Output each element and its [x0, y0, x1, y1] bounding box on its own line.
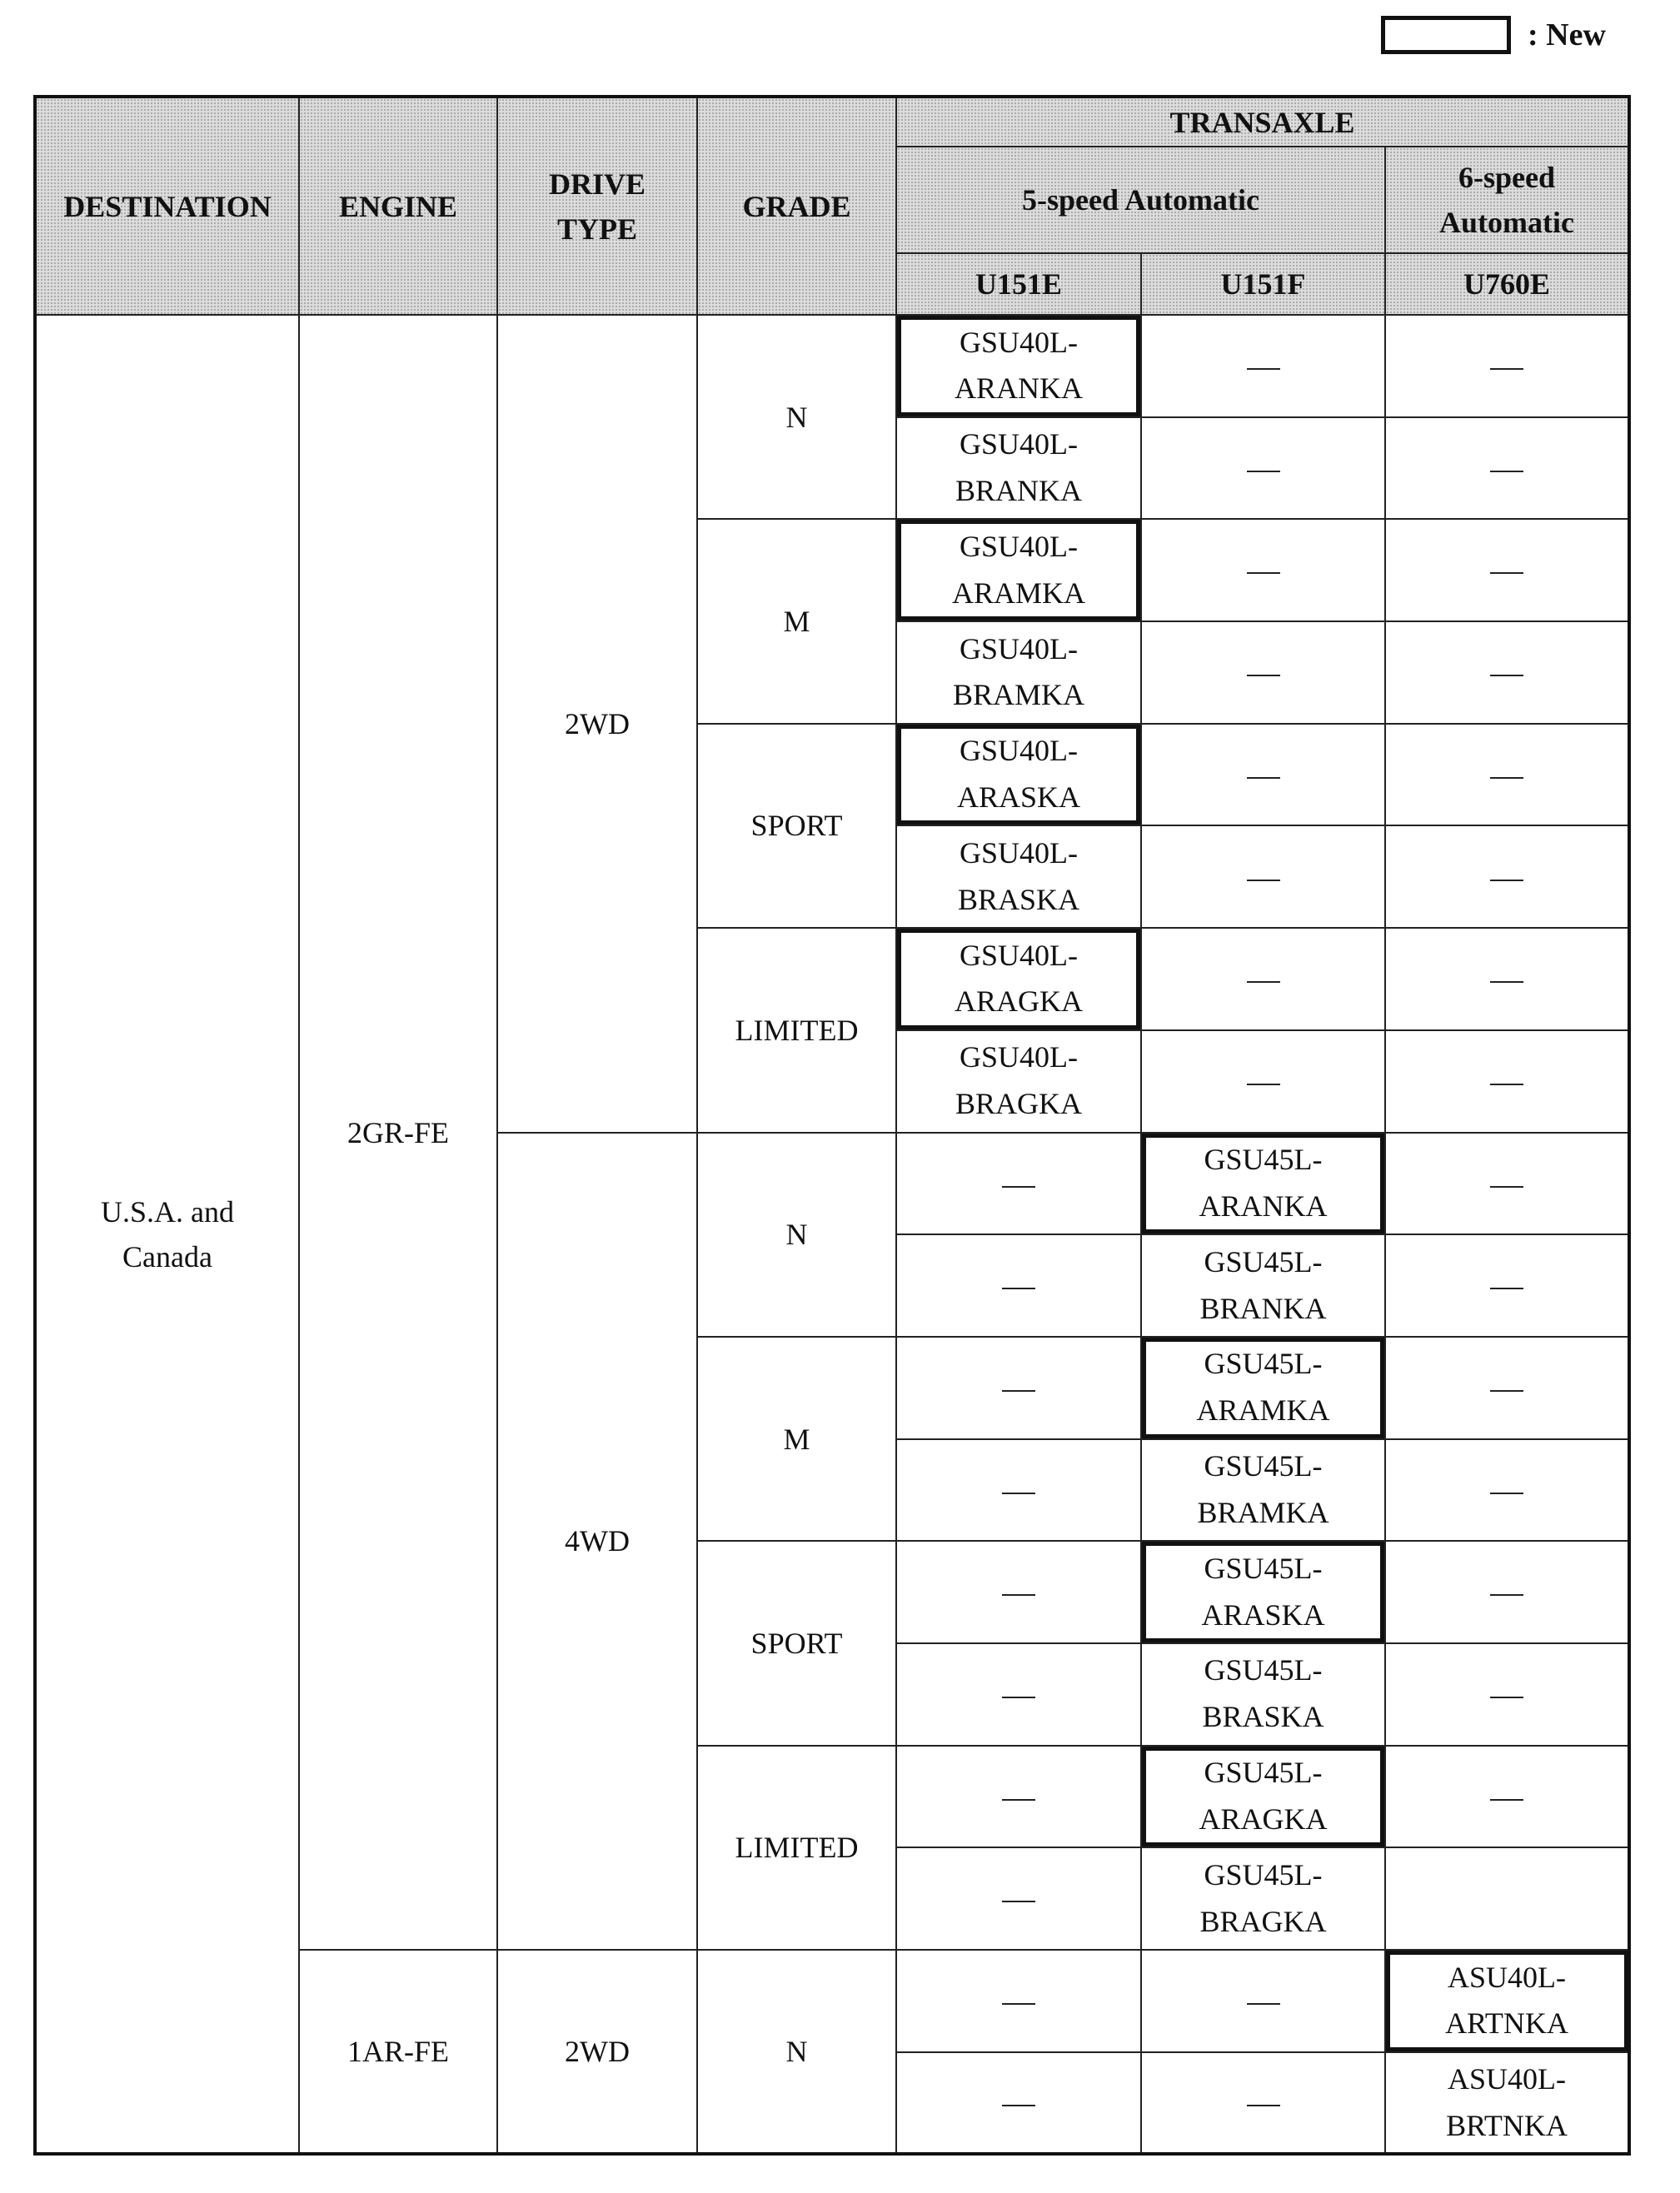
u760e-cell-not-applicable [1385, 1643, 1629, 1746]
u151f-cell-not-applicable [1141, 1030, 1385, 1133]
model-code-text: GSU40L-ARASKA [957, 728, 1080, 821]
u151f-model-code-new: GSU45L-ARAMKA [1141, 1337, 1385, 1439]
u151e-model-code-new: GSU40L-ARASKA [896, 724, 1141, 826]
header-engine: ENGINE [299, 97, 497, 315]
u151f-model-code-new: GSU45L-ARANKA [1141, 1133, 1385, 1235]
u151e-cell-not-applicable [896, 1950, 1141, 2052]
engine-cell: 1AR-FE [299, 1950, 497, 2154]
legend-label: : New [1528, 17, 1606, 53]
u151e-cell-not-applicable [896, 1337, 1141, 1439]
u151e-model-code: GSU40L-BRANKA [896, 417, 1141, 520]
grade-cell: LIMITED [697, 928, 896, 1132]
model-code-text: GSU45L-ARAGKA [1199, 1750, 1327, 1843]
u151e-cell-not-applicable [896, 1133, 1141, 1235]
transaxle-model-table: DESTINATION ENGINE DRIVE TYPE GRADE TRAN… [33, 95, 1631, 2156]
header-u151f: U151F [1141, 253, 1385, 315]
u760e-cell-not-applicable [1385, 1541, 1629, 1643]
drive-type-cell: 2WD [497, 1950, 697, 2154]
u760e-model-code-new: ASU40L-ARTNKA [1385, 1950, 1629, 2052]
model-code-text: GSU40L-BRAGKA [955, 1034, 1082, 1128]
grade-cell: N [697, 1950, 896, 2154]
u151f-cell-not-applicable [1141, 621, 1385, 724]
u760e-cell-not-applicable [1385, 928, 1629, 1030]
u151f-model-code: GSU45L-BRASKA [1141, 1643, 1385, 1746]
model-code-text: GSU40L-ARAGKA [955, 933, 1083, 1026]
u151e-cell-not-applicable [896, 2052, 1141, 2155]
model-code-text: GSU45L-BRANKA [1199, 1239, 1326, 1333]
grade-cell: LIMITED [697, 1746, 896, 1950]
u151f-cell-not-applicable [1141, 825, 1385, 928]
header-drive-type: DRIVE TYPE [497, 97, 697, 315]
u151f-model-code: GSU45L-BRAGKA [1141, 1847, 1385, 1950]
u760e-cell-not-applicable [1385, 825, 1629, 928]
u151f-model-code-new: GSU45L-ARASKA [1141, 1541, 1385, 1643]
header-u151e: U151E [896, 253, 1141, 315]
u760e-model-code: ASU40L-BRTNKA [1385, 2052, 1629, 2155]
u151e-cell-not-applicable [896, 1643, 1141, 1746]
model-code-text: GSU45L-BRASKA [1202, 1647, 1324, 1741]
u760e-cell-not-applicable [1385, 315, 1629, 417]
model-code-text: GSU45L-BRAGKA [1199, 1852, 1326, 1946]
drive-type-cell: 4WD [497, 1133, 697, 1951]
u151e-cell-not-applicable [896, 1439, 1141, 1542]
grade-cell: N [697, 315, 896, 519]
u151f-cell-not-applicable [1141, 2052, 1385, 2155]
u760e-cell-not-applicable [1385, 1746, 1629, 1848]
u151f-model-code: GSU45L-BRANKA [1141, 1234, 1385, 1337]
u760e-cell-not-applicable [1385, 1133, 1629, 1235]
u151e-cell-not-applicable [896, 1746, 1141, 1848]
model-code-text: ASU40L-BRTNKA [1446, 2056, 1568, 2150]
u760e-cell-not-applicable [1385, 724, 1629, 826]
u151e-model-code: GSU40L-BRASKA [896, 825, 1141, 928]
grade-cell: M [697, 1337, 896, 1541]
table-row: U.S.A. and Canada2GR-FE2WDNGSU40L-ARANKA [35, 315, 1629, 417]
model-code-text: GSU45L-BRAMKA [1197, 1443, 1329, 1537]
header-u760e: U760E [1385, 253, 1629, 315]
u151e-model-code-new: GSU40L-ARAMKA [896, 519, 1141, 621]
grade-cell: N [697, 1133, 896, 1337]
model-code-text: GSU40L-BRASKA [958, 830, 1079, 924]
grade-cell: SPORT [697, 724, 896, 928]
u760e-cell-not-applicable [1385, 621, 1629, 724]
header-destination: DESTINATION [35, 97, 299, 315]
grade-cell: SPORT [697, 1541, 896, 1745]
u151f-cell-not-applicable [1141, 724, 1385, 826]
drive-type-cell: 2WD [497, 315, 697, 1133]
new-marker-box-icon [1381, 16, 1511, 54]
u151e-model-code: GSU40L-BRAGKA [896, 1030, 1141, 1133]
u151e-cell-not-applicable [896, 1541, 1141, 1643]
model-code-text: GSU45L-ARANKA [1199, 1137, 1327, 1230]
u151f-model-code-new: GSU45L-ARAGKA [1141, 1746, 1385, 1848]
table-body: U.S.A. and Canada2GR-FE2WDNGSU40L-ARANKA… [35, 315, 1629, 2154]
model-code-text: GSU45L-ARASKA [1201, 1546, 1324, 1639]
model-code-text: GSU40L-ARANKA [955, 320, 1083, 413]
u151f-cell-not-applicable [1141, 417, 1385, 520]
grade-cell: M [697, 519, 896, 723]
model-code-text: GSU45L-ARAMKA [1196, 1341, 1329, 1434]
model-code-text: GSU40L-BRANKA [955, 421, 1082, 515]
header-transaxle: TRANSAXLE [896, 97, 1629, 147]
legend: : New [1381, 13, 1606, 57]
u760e-cell-empty [1385, 1847, 1629, 1950]
u760e-cell-not-applicable [1385, 519, 1629, 621]
u151f-cell-not-applicable [1141, 315, 1385, 417]
destination-cell: U.S.A. and Canada [35, 315, 299, 2154]
u760e-cell-not-applicable [1385, 417, 1629, 520]
u760e-cell-not-applicable [1385, 1439, 1629, 1542]
engine-cell: 2GR-FE [299, 315, 497, 1950]
u151e-model-code: GSU40L-BRAMKA [896, 621, 1141, 724]
header-grade: GRADE [697, 97, 896, 315]
u151e-model-code-new: GSU40L-ARANKA [896, 315, 1141, 417]
u760e-cell-not-applicable [1385, 1234, 1629, 1337]
u151e-model-code-new: GSU40L-ARAGKA [896, 928, 1141, 1030]
model-code-text: ASU40L-ARTNKA [1445, 1955, 1568, 2048]
u151f-model-code: GSU45L-BRAMKA [1141, 1439, 1385, 1542]
u151e-cell-not-applicable [896, 1234, 1141, 1337]
u760e-cell-not-applicable [1385, 1337, 1629, 1439]
model-code-text: GSU40L-BRAMKA [953, 626, 1084, 720]
header-5-speed-automatic: 5-speed Automatic [896, 147, 1385, 253]
u151e-cell-not-applicable [896, 1847, 1141, 1950]
header-6-speed-automatic: 6-speed Automatic [1385, 147, 1629, 253]
u151f-cell-not-applicable [1141, 519, 1385, 621]
model-code-text: GSU40L-ARAMKA [952, 524, 1085, 617]
u760e-cell-not-applicable [1385, 1030, 1629, 1133]
u151f-cell-not-applicable [1141, 1950, 1385, 2052]
u151f-cell-not-applicable [1141, 928, 1385, 1030]
